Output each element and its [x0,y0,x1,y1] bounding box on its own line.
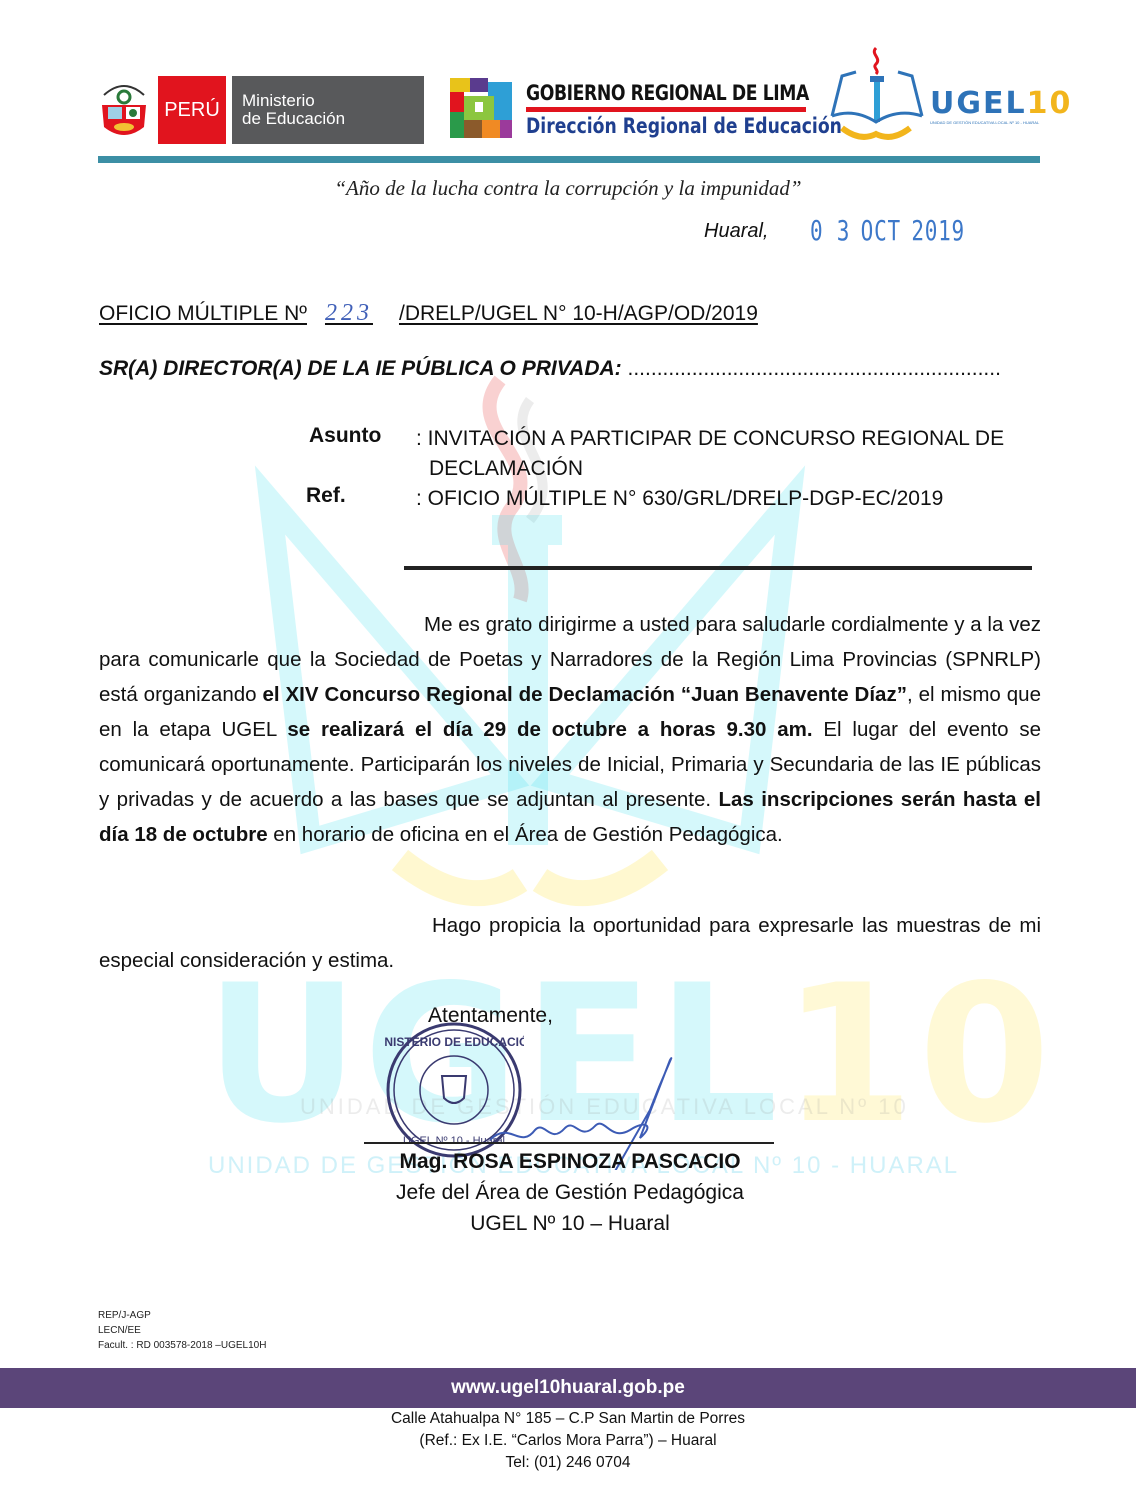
address-line-2: (Ref.: Ex I.E. “Carlos Mora Parra”) – Hu… [0,1430,1136,1452]
address-line-1: Calle Atahualpa N° 185 – C.P San Martin … [0,1408,1136,1430]
body-emphasis: se realizará el día 29 de octubre a hora… [287,718,812,741]
separator-line [404,566,1032,570]
phone: Tel: (01) 246 0704 [0,1452,1136,1474]
signer-organization: UGEL Nº 10 – Huaral [360,1212,780,1236]
initials-line: Facult. : RD 003578-2018 –UGEL10H [98,1338,266,1353]
initials-line: LECN/EE [98,1323,266,1338]
footer-address: Calle Atahualpa N° 185 – C.P San Martin … [0,1408,1136,1474]
initials-line: REP/J-AGP [98,1308,266,1323]
year-motto: “Año de la lucha contra la corrupción y … [0,176,1136,201]
footer-website[interactable]: www.ugel10huaral.gob.pe [0,1368,1136,1408]
body-text: en horario de oficina en el Área de Gest… [268,823,783,846]
grl-divider [526,107,806,112]
asunto-label: Asunto [309,424,381,448]
ministry-line1: Ministerio [242,92,424,110]
body-paragraph-1: Me es grato dirigirme a usted para salud… [99,607,1041,852]
minedu-logo: PERÚ Ministerio de Educación [96,72,424,148]
closing-sentence: Hago propicia la oportunidad para expres… [99,914,1041,972]
oficio-prefix: OFICIO MÚLTIPLE Nº [99,302,307,325]
place: Huaral, [704,220,768,243]
reference-initials: REP/J-AGP LECN/EE Facult. : RD 003578-20… [98,1308,266,1353]
oficio-suffix: /DRELP/UGEL N° 10-H/AGP/OD/2019 [399,302,758,325]
date-day: 0 3 [810,214,850,247]
date-month: OCT [861,214,901,247]
recipient-dots: ........................................… [628,357,1001,380]
date-stamp: 0 3OCT2019 [810,214,975,247]
body-emphasis: el XIV Concurso Regional de Declamación … [262,683,906,706]
grl-title: GOBIERNO REGIONAL DE LIMA [526,81,842,105]
grl-subtitle: Dirección Regional de Educación [526,114,842,138]
recipient: SR(A) DIRECTOR(A) DE LA IE PÚBLICA O PRI… [99,357,1001,381]
ugel10-wordmark: UGEL10 [930,86,1072,121]
recipient-label: SR(A) DIRECTOR(A) DE LA IE PÚBLICA O PRI… [99,357,622,380]
body-paragraph-2: Hago propicia la oportunidad para expres… [99,908,1041,978]
ministry-label: Ministerio de Educación [232,76,424,144]
book-torch-icon [826,46,930,150]
peru-label: PERÚ [158,76,226,144]
signature-line [364,1142,774,1144]
asunto-line2: DECLAMACIÓN [416,454,1036,484]
oficio-handwritten-number: 223 [325,300,373,326]
asunto-value: : INVITACIÓN A PARTICIPAR DE CONCURSO RE… [416,424,1036,484]
svg-text:MINISTERIO DE EDUCACIÓN: MINISTERIO DE EDUCACIÓN [384,1034,524,1049]
gobierno-regional-logo-icon [446,74,516,144]
peru-coat-of-arms-icon [96,75,152,145]
ref-label: Ref. [306,484,346,508]
date-year: 2019 [911,214,965,247]
website-link[interactable]: www.ugel10huaral.gob.pe [451,1377,685,1399]
asunto-line1: : INVITACIÓN A PARTICIPAR DE CONCURSO RE… [416,424,1036,454]
signer-role: Jefe del Área de Gestión Pedagógica [360,1181,780,1205]
oficio-number: OFICIO MÚLTIPLE Nº223/DRELP/UGEL N° 10-H… [99,300,758,327]
header-divider [98,156,1040,163]
ministry-line2: de Educación [242,110,424,128]
ugel10-tagline: UNIDAD DE GESTIÓN EDUCATIVA LOCAL Nº 10 … [930,120,1039,125]
ref-value: : OFICIO MÚLTIPLE N° 630/GRL/DRELP-DGP-E… [416,484,1036,514]
ugel10-logo: UGEL10 UNIDAD DE GESTIÓN EDUCATIVA LOCAL… [826,46,1046,150]
signer-name: Mag. ROSA ESPINOZA PASCACIO [360,1150,780,1174]
